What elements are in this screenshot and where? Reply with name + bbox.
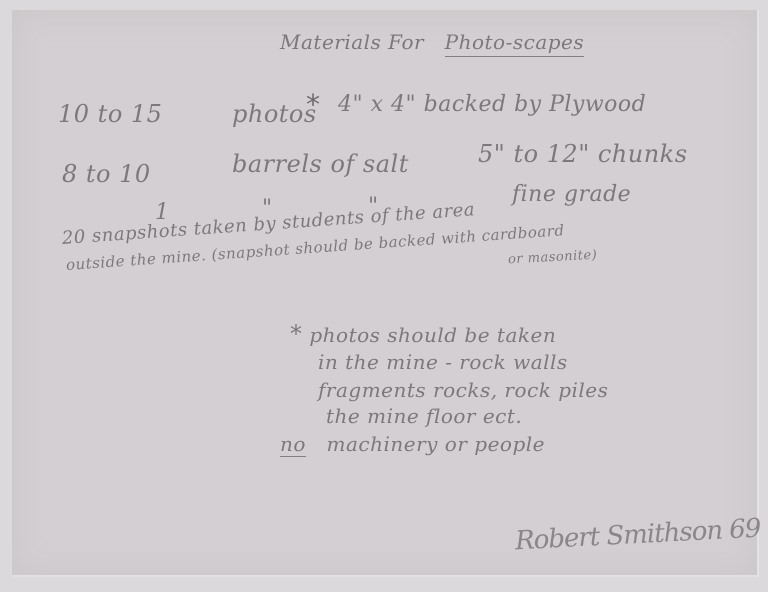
item-2-description: barrels of salt: [232, 150, 409, 178]
footnote-line-2: in the mine - rock walls: [318, 350, 568, 374]
item-2-quantity: 8 to 10: [62, 160, 151, 188]
footnote-text-5: machinery or people: [327, 432, 545, 456]
item-1-quantity: 10 to 15: [58, 100, 162, 128]
footnote-line-5: no machinery or people: [280, 432, 545, 456]
title-underlined: Photo-scapes: [445, 30, 585, 57]
item-1-description: photos: [232, 100, 317, 128]
item-3-detail: fine grade: [512, 182, 631, 207]
item-1-detail: 4" x 4" backed by Plywood: [338, 92, 646, 117]
title-prefix: Materials For: [280, 30, 424, 54]
footnote-line-3: fragments rocks, rock piles: [318, 378, 608, 402]
footnote-line-1: * photos should be taken: [290, 320, 556, 348]
footnote-line-4: the mine floor ect.: [326, 404, 522, 428]
emphasis-no: no: [280, 432, 306, 457]
asterisk-icon: *: [290, 320, 303, 348]
item-2-detail: 5" to 12" chunks: [478, 140, 688, 168]
asterisk-icon: *: [306, 88, 320, 121]
footnote-text-1: photos should be taken: [309, 323, 556, 347]
document-title: Materials For Photo-scapes: [280, 30, 584, 54]
